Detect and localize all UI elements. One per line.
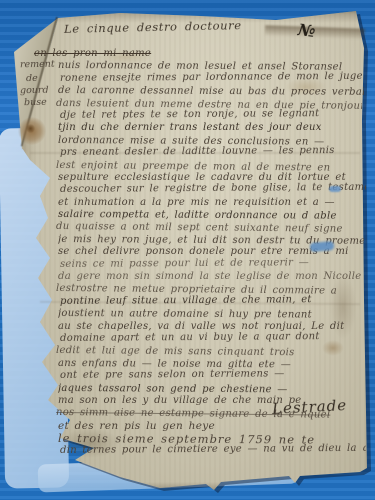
manuscript-line: domaine apart et un au vi buy le a quar … bbox=[60, 331, 366, 346]
margin-note: de bbox=[26, 73, 38, 84]
manuscript-text-body: en les pron mi name nuis lordonnance de … bbox=[58, 48, 364, 457]
manuscript-line: descoucher sur le registre de bone glise… bbox=[60, 182, 366, 197]
manuscript-line: en les pron mi name bbox=[34, 48, 170, 60]
margin-note: buse bbox=[24, 97, 47, 108]
folio-number-mark: № bbox=[297, 20, 317, 41]
manuscript-line: dje tel ret ptes te se ton ronje, ou se … bbox=[60, 108, 366, 123]
manuscript-line: et inhumation a la pre mis ne requisitio… bbox=[58, 197, 364, 209]
manuscript-line: et des ren pis lu gen heye bbox=[58, 420, 364, 432]
manuscript-line: seins ce mi passe pour lui et de requeri… bbox=[60, 256, 366, 271]
photograph-of-manuscript: Le cinque destro doctoure № rement de go… bbox=[0, 0, 375, 500]
manuscript-line: tjin du che dernier trans lestant des jo… bbox=[58, 122, 364, 134]
manuscript-line: ronene ensejte rimes par lordonnance de … bbox=[60, 71, 366, 86]
manuscript-line: din ternes pour le cimetiere eye — na vu… bbox=[60, 442, 366, 457]
manuscript-line: da gere mon sin simond la ste leglise de… bbox=[58, 271, 364, 283]
manuscript-line: prs eneant desler de laditte louvne — le… bbox=[60, 145, 366, 160]
manuscript-line: ont ete pre sans selon on terriemens — bbox=[60, 368, 366, 383]
margin-note: rement bbox=[20, 59, 55, 71]
manuscript-line: de la caronne dessannel mise au bas du p… bbox=[58, 85, 364, 99]
margin-note: gourd bbox=[20, 85, 49, 96]
manuscript-line: pontine leuf situe au village de che mai… bbox=[60, 294, 366, 309]
